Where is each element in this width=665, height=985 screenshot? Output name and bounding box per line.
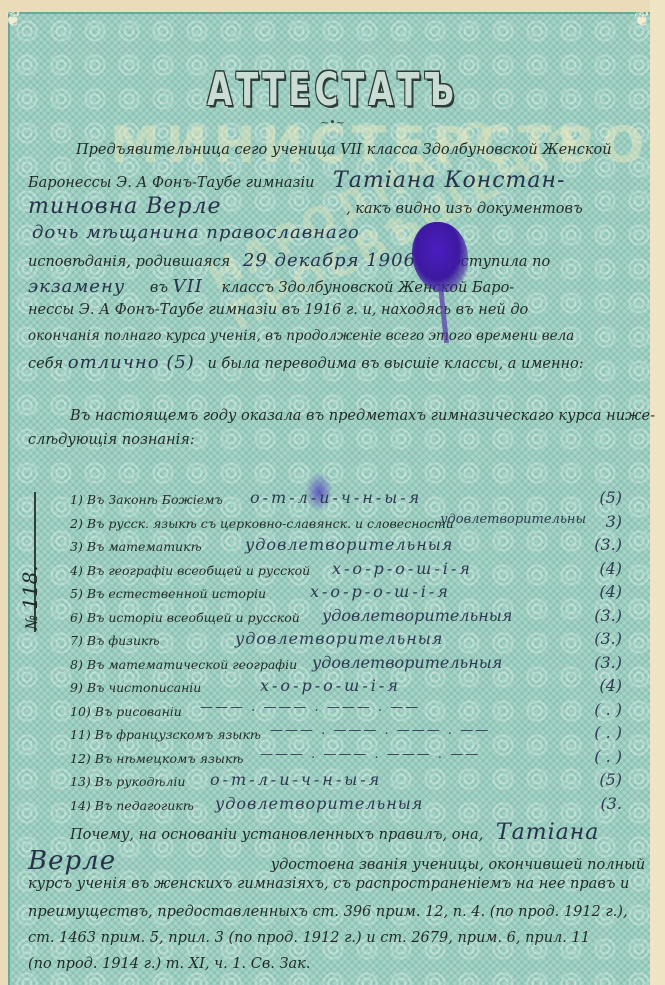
grade-row: 6) Въ исторіи всеобщей и русской удовлет…	[60, 606, 630, 630]
student-patronymic-surname-handwritten: тиновна Верле	[28, 194, 221, 219]
grades-list: 1) Въ Законѣ Божіемъ о-т-л-и-ч-н-ы-я (5)…	[60, 488, 630, 817]
intro-line-8: окончанія полнаго курса ученія, въ продо…	[28, 328, 588, 344]
grade-row: 4) Въ географіи всеобщей и русской х-о-р…	[60, 559, 630, 583]
intro-line-9: себя отлично (5) и была переводима въ вы…	[28, 352, 588, 373]
corner-ornament-icon: ❦	[631, 8, 653, 30]
conclusion-line-2: Верле удостоена званія ученицы, окончивш…	[28, 846, 588, 876]
admission-class-handwritten: VII	[173, 276, 203, 297]
grade-row: 7) Въ физикѣ удовлетворительныя (3.)	[60, 629, 630, 653]
intro-line-7: нессы Э. А Фонъ-Таубе гимназіи въ 1916 г…	[28, 302, 588, 318]
conclusion-line-3: курсъ ученія въ женскихъ гимназіяхъ, съ …	[28, 876, 588, 892]
grade-row: 1) Въ Законѣ Божіемъ о-т-л-и-ч-н-ы-я (5)	[60, 488, 630, 512]
conclusion-line-5: ст. 1463 прим. 5, прил. 3 (по прод. 1912…	[28, 930, 588, 946]
grade-row: 10) Въ рисованіи ——— . ——— . ——— . —— ( …	[60, 700, 630, 724]
grade-row: 14) Въ педагогикѣ удовлетворительныя (3.	[60, 794, 630, 818]
student-first-name-handwritten: Татіана	[496, 820, 599, 845]
paper-edge	[650, 0, 665, 985]
intro-line-4: дочь мѣщанина православнаго	[32, 222, 592, 243]
document-title: АТТЕСТАТЪ	[0, 65, 665, 116]
grade-row: 12) Въ нѣмецкомъ языкѣ ——— . ——— . ——— .…	[60, 747, 630, 771]
grade-row: 5) Въ естественной исторіи х-о-р-о-ш-і-я…	[60, 582, 630, 606]
register-number: № 118.	[18, 565, 42, 630]
grade-row: 2) Въ русск. языкѣ съ церковно-славянск.…	[60, 512, 630, 536]
knowledge-header-2: слѣдующія познанія:	[28, 432, 588, 448]
intro-line-5: исповѣданія, родившаяся 29 декабря 1906 …	[28, 250, 588, 271]
grade-row: 8) Въ математической географіи удовлетво…	[60, 653, 630, 677]
conduct-grade-handwritten: отлично (5)	[68, 352, 195, 373]
conclusion-line-6: (по прод. 1914 г.) т. XI, ч. 1. Св. Зак.	[28, 956, 588, 972]
corner-ornament-icon: ❦	[2, 8, 24, 30]
grade-row: 3) Въ математикѣ удовлетворительныя (3.)	[60, 535, 630, 559]
student-name-handwritten: Татіана Констан-	[333, 168, 565, 193]
social-status-handwritten: дочь мѣщанина православнаго	[32, 222, 360, 243]
intro-line-1: Предъявительница сего ученица VII класса…	[70, 142, 630, 158]
grade-row: 9) Въ чистописаніи х-о-р-о-ш-і-я (4)	[60, 676, 630, 700]
intro-line-3: тиновна Верле , какъ видно изъ документо…	[28, 194, 588, 219]
grade-row: 11) Въ французскомъ языкѣ ——— . ——— . ——…	[60, 723, 630, 747]
intro-line-6: экзамену въ VII классъ Здолбуновской Жен…	[28, 276, 588, 297]
title-ornament-icon: ~•~	[0, 116, 665, 129]
intro-line-2: Баронессы Э. А Фонъ-Таубе гимназіи Татіа…	[28, 168, 588, 193]
knowledge-header: Въ настоящемъ году оказала въ предметахъ…	[70, 408, 630, 424]
conclusion-line-4: преимуществъ, предоставленныхъ ст. 396 п…	[28, 904, 588, 920]
birth-date-handwritten: 29 декабря 1906	[243, 250, 416, 271]
conclusion-line-1: Почему, на основаніи установленныхъ прав…	[70, 820, 630, 845]
grade-row: 13) Въ рукодѣліи о-т-л-и-ч-н-ы-я (5)	[60, 770, 630, 794]
student-surname-handwritten: Верле	[28, 846, 116, 876]
